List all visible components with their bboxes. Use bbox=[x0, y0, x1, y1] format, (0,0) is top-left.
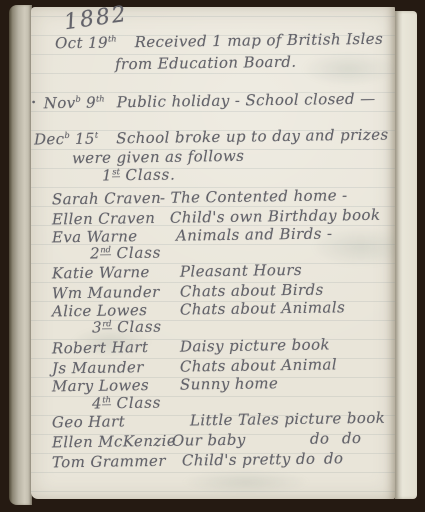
class-ordinal: nd bbox=[100, 244, 111, 255]
pupil-name: Geo Hart bbox=[52, 414, 125, 430]
next-page-edge bbox=[395, 11, 417, 499]
prize-title: Child's own Birthday book bbox=[170, 208, 381, 226]
class-number: 2 bbox=[90, 244, 101, 262]
entry-day: 9 bbox=[86, 93, 96, 111]
class-ordinal: th bbox=[102, 394, 111, 405]
month-ordinal: b bbox=[75, 94, 80, 104]
pupil-name: Tom Grammer bbox=[52, 454, 166, 471]
prize-title: Child's pretty bbox=[182, 452, 291, 469]
ditto-mark: do bbox=[296, 452, 316, 467]
pupil-name: Js Maunder bbox=[52, 360, 144, 376]
entry-text: were given as follows bbox=[72, 147, 245, 167]
class-word: Class bbox=[117, 318, 162, 337]
logbook-photo: 1882 Oct 19thReceived 1 map of British I… bbox=[0, 0, 425, 512]
pupil-name: Sarah Craven bbox=[52, 191, 161, 208]
class-number: 3 bbox=[92, 318, 103, 336]
entry-date: Oct 19 bbox=[55, 34, 108, 53]
prize-title: Daisy picture book bbox=[180, 337, 330, 354]
month-ordinal: b bbox=[64, 130, 69, 140]
pupil-name: Wm Maunder bbox=[52, 285, 160, 302]
entry-nov-9: •Novb 9thPublic holiday - School closed … bbox=[31, 91, 376, 112]
prize-title: Little Tales picture book bbox=[190, 411, 385, 429]
class-3-heading: 3rd Class bbox=[92, 319, 162, 336]
prize-title: Sunny home bbox=[180, 376, 278, 392]
class-2-heading: 2nd Class bbox=[90, 245, 161, 262]
entry-month: Dec bbox=[34, 130, 65, 148]
ditto-mark: do bbox=[342, 431, 362, 446]
class-word: Class bbox=[116, 244, 161, 263]
showthrough-smudge bbox=[301, 52, 396, 86]
entry-oct-19: Oct 19thReceived 1 map of British Isles bbox=[55, 31, 383, 52]
entry-day: 15 bbox=[75, 130, 95, 148]
pupil-name: Katie Warne bbox=[52, 265, 150, 281]
class-ordinal: rd bbox=[102, 318, 111, 329]
class-1-heading: 1st Class. bbox=[102, 166, 176, 183]
class-word: Class bbox=[116, 394, 161, 413]
entry-dec-15-continuation: were given as follows bbox=[72, 149, 244, 166]
entry-text: Public holiday - School closed — bbox=[116, 90, 375, 112]
prize-title: Pleasant Hours bbox=[180, 263, 302, 280]
class-word: Class. bbox=[125, 165, 175, 184]
pupil-name: Robert Hart bbox=[52, 340, 149, 356]
entry-text: School broke up to day and prizes bbox=[116, 126, 389, 148]
page-edge-stack bbox=[9, 5, 32, 505]
date-ordinal: th bbox=[96, 93, 105, 103]
bullet-mark: • bbox=[31, 98, 37, 108]
ditto-mark: do bbox=[310, 432, 330, 447]
date-ordinal: t bbox=[95, 130, 98, 140]
entry-oct-19-continuation: from Education Board. bbox=[115, 55, 297, 73]
class-number: 4 bbox=[92, 394, 103, 412]
ditto-mark: do bbox=[324, 451, 344, 466]
prize-title: Animals and Birds - bbox=[176, 226, 333, 243]
date-ordinal: th bbox=[108, 33, 117, 43]
pupil-name: Ellen Craven bbox=[52, 211, 155, 227]
prize-title: Chats about Animals bbox=[180, 300, 345, 317]
entry-month: Nov bbox=[44, 94, 76, 112]
prize-title: Our baby bbox=[172, 433, 246, 449]
class-ordinal: st bbox=[112, 166, 120, 177]
pupil-name: Mary Lowes bbox=[52, 378, 149, 394]
pupil-name: Eva Warne bbox=[52, 229, 138, 245]
entry-text: Received 1 map of British Isles bbox=[135, 30, 384, 51]
class-number: 1 bbox=[102, 166, 113, 184]
notebook-page: 1882 Oct 19thReceived 1 map of British I… bbox=[31, 7, 395, 499]
prize-title: Chats about Birds bbox=[180, 283, 324, 300]
pupil-name: Ellen McKenzie bbox=[52, 434, 176, 451]
class-4-heading: 4th Class bbox=[92, 395, 161, 412]
prize-title: - The Contented home - bbox=[160, 188, 348, 206]
entry-text: from Education Board. bbox=[115, 53, 297, 74]
prize-title: Chats about Animal bbox=[180, 357, 337, 374]
